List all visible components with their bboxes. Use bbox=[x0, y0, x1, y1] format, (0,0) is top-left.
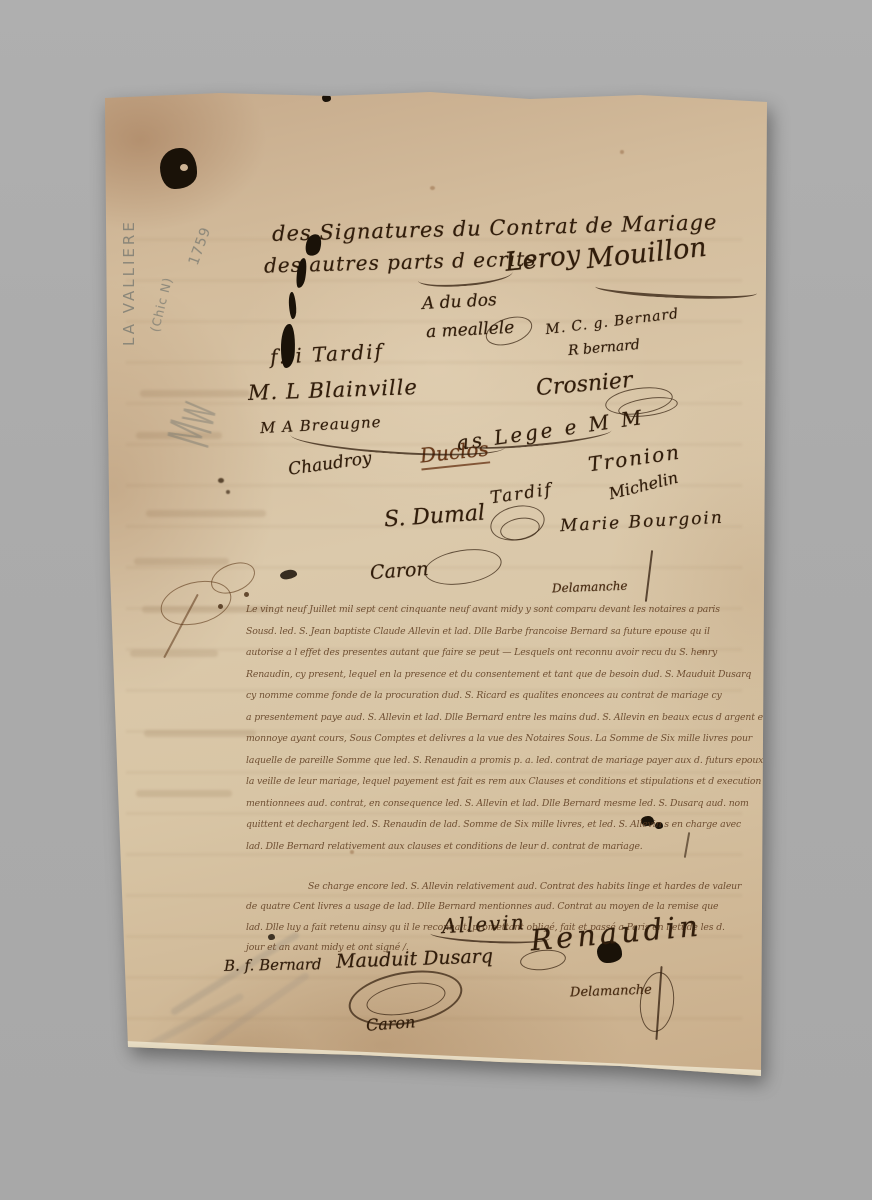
ink-blot bbox=[115, 1037, 123, 1045]
body-line: laquelle de pareille Somme que led. S. R… bbox=[246, 750, 751, 772]
body-line: la veille de leur mariage, lequel payeme… bbox=[246, 771, 751, 793]
margin-pencil-collection-label: LA VALLIERE bbox=[120, 219, 138, 346]
signature-allevin: Allevin bbox=[441, 910, 526, 938]
body-line: lad. Dlle Bernard relativement aux claus… bbox=[246, 836, 751, 858]
ink-speck bbox=[226, 490, 230, 494]
signature-delamanche-1: Delamanche bbox=[552, 579, 628, 596]
flourish-dot bbox=[218, 604, 223, 609]
bleed-through-mark bbox=[144, 730, 256, 737]
photograph-background: LA VALLIERE (Chic N) 1759 Mw des Signatu… bbox=[0, 0, 872, 1200]
signature-delamanche-2: Delamanche bbox=[570, 983, 652, 1001]
body-line: mentionnees aud. contrat, en consequence… bbox=[246, 793, 751, 815]
bleed-through-mark bbox=[146, 510, 266, 517]
ink-blot bbox=[322, 94, 331, 102]
deckle-edge-band bbox=[123, 1041, 763, 1083]
ink-speck bbox=[218, 478, 224, 483]
paper-shadow: LA VALLIERE (Chic N) 1759 Mw des Signatu… bbox=[100, 90, 775, 1085]
body-line: Sousd. led. S. Jean baptiste Claude Alle… bbox=[246, 621, 751, 643]
body-line: cy nomme comme fonde de la procuration d… bbox=[246, 685, 751, 707]
signature-caron-2: Caron bbox=[365, 1012, 416, 1034]
body-line: Le vingt neuf Juillet mil sept cent cinq… bbox=[246, 599, 751, 621]
bleed-through-mark bbox=[136, 790, 232, 797]
foxing-spot bbox=[620, 150, 624, 154]
flourish-dot bbox=[244, 592, 249, 597]
body-line: Se charge encore led. S. Allevin relativ… bbox=[246, 877, 751, 897]
body-line: autorise a l effet des presentes autant … bbox=[246, 642, 751, 664]
bleed-through-mark bbox=[140, 390, 250, 397]
body-line: monnoye ayant cours, Sous Comptes et del… bbox=[246, 728, 751, 750]
body-line: a presentement paye aud. S. Allevin et l… bbox=[246, 707, 751, 729]
signature-bf-bernard: B. f. Bernard bbox=[224, 955, 322, 975]
signature-caron-1: Caron bbox=[369, 558, 429, 584]
body-paragraph-1: Le vingt neuf Juillet mil sept cent cinq… bbox=[246, 599, 751, 857]
manuscript-paper: LA VALLIERE (Chic N) 1759 Mw des Signatu… bbox=[100, 90, 775, 1085]
ink-blot bbox=[160, 148, 197, 189]
body-line: Renaudin, cy present, lequel en la prese… bbox=[246, 664, 751, 686]
foxing-spot bbox=[430, 186, 435, 190]
note-a-du-dos: A du dos bbox=[422, 290, 498, 314]
ink-blot-hole bbox=[180, 164, 188, 171]
body-line: quittent et dechargent led. S. Renaudin … bbox=[246, 814, 751, 836]
